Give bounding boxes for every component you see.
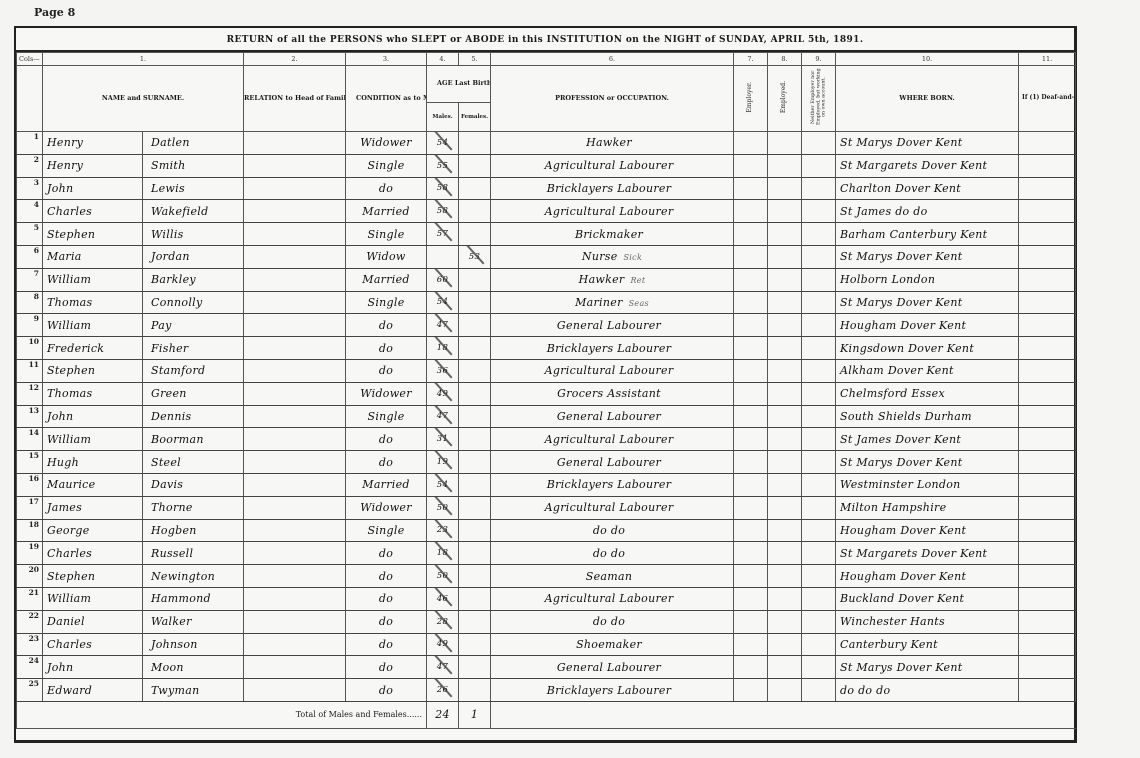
employed-cell [768, 291, 802, 314]
relation [244, 473, 346, 496]
where-born: Buckland Dover Kent [836, 587, 1019, 610]
where-born: Milton Hampshire [836, 496, 1019, 519]
row-number: 11 [17, 359, 43, 382]
condition: Married [346, 473, 427, 496]
header-where-born: WHERE BORN. [836, 66, 1019, 132]
infirmity-cell [1019, 132, 1076, 155]
male-age: 50 [427, 496, 459, 519]
table-row: 11StephenStamforddo36Agricultural Labour… [17, 359, 1076, 382]
male-age: 54 [427, 291, 459, 314]
totals-blank [491, 701, 1076, 728]
relation [244, 177, 346, 200]
occupation: Hawker [491, 132, 734, 155]
male-age: 31 [427, 428, 459, 451]
male-age: 28 [427, 610, 459, 633]
surname: Wakefield [143, 200, 244, 223]
occupation-note [673, 595, 679, 604]
occupation-note: Seas [623, 299, 649, 308]
surname: Connolly [143, 291, 244, 314]
occupation-note [673, 208, 679, 217]
relation [244, 337, 346, 360]
neither-cell [802, 405, 836, 428]
table-row: 3JohnLewisdo58Bricklayers LabourerCharlt… [17, 177, 1076, 200]
total-females: 1 [459, 701, 491, 728]
first-name: Maurice [43, 473, 143, 496]
where-born: Canterbury Kent [836, 633, 1019, 656]
female-age [459, 405, 491, 428]
col-num-11: 11. [1019, 53, 1076, 66]
header-females: Females. [459, 103, 491, 132]
row-number: 15 [17, 451, 43, 474]
where-born: Kingsdown Dover Kent [836, 337, 1019, 360]
table-row: 24JohnMoondo47General LabourerSt Marys D… [17, 656, 1076, 679]
male-age: 47 [427, 405, 459, 428]
male-age: 55 [427, 154, 459, 177]
female-age [459, 428, 491, 451]
where-born: St James Dover Kent [836, 428, 1019, 451]
surname: Stamford [143, 359, 244, 382]
infirmity-cell [1019, 496, 1076, 519]
surname: Barkley [143, 268, 244, 291]
table-row: 17JamesThorneWidower50Agricultural Labou… [17, 496, 1076, 519]
table-row: 18GeorgeHogbenSingle23do doHougham Dover… [17, 519, 1076, 542]
neither-cell [802, 291, 836, 314]
occupation: Agricultural Labourer [491, 200, 734, 223]
row-number: 14 [17, 428, 43, 451]
occupation-text: Bricklayers Labourer [547, 478, 672, 491]
surname: Jordan [143, 245, 244, 268]
cols-label: Cols— [17, 53, 43, 66]
occupation: HawkerRet [491, 268, 734, 291]
surname: Russell [143, 542, 244, 565]
relation [244, 382, 346, 405]
infirmity-cell [1019, 633, 1076, 656]
occupation-text: Bricklayers Labourer [547, 342, 672, 355]
occupation: Bricklayers Labourer [491, 473, 734, 496]
employer-cell [734, 223, 768, 246]
condition: Widow [346, 245, 427, 268]
infirmity-cell [1019, 542, 1076, 565]
condition: do [346, 542, 427, 565]
occupation-note [625, 618, 631, 627]
totals-label: Total of Males and Females...... [17, 701, 427, 728]
occupation: General Labourer [491, 656, 734, 679]
where-born: Winchester Hants [836, 610, 1019, 633]
census-table: Cols— 1. 2. 3. 4. 5. 6. 7. 8. 9. 10. 11.… [16, 52, 1076, 729]
neither-cell [802, 314, 836, 337]
occupation-text: Grocers Assistant [557, 387, 661, 400]
condition: Widower [346, 496, 427, 519]
occupation-note [643, 231, 649, 240]
row-number: 7 [17, 268, 43, 291]
first-name: William [43, 587, 143, 610]
occupation-note [671, 345, 677, 354]
surname: Fisher [143, 337, 244, 360]
header-infirmity: If (1) Deaf-and-Dumb. (2) Blind. (3) Lun… [1019, 66, 1076, 132]
where-born: St Margarets Dover Kent [836, 154, 1019, 177]
row-number: 6 [17, 245, 43, 268]
employer-cell [734, 200, 768, 223]
neither-cell [802, 428, 836, 451]
occupation: Agricultural Labourer [491, 154, 734, 177]
sheet-title: RETURN of all the PERSONS who SLEPT or A… [16, 28, 1074, 52]
female-age [459, 291, 491, 314]
col-num-2: 2. [244, 53, 346, 66]
neither-cell [802, 542, 836, 565]
infirmity-cell [1019, 473, 1076, 496]
employer-cell [734, 542, 768, 565]
surname: Hammond [143, 587, 244, 610]
occupation: Shoemaker [491, 633, 734, 656]
occupation-text: Bricklayers Labourer [547, 684, 672, 697]
header-males: Males. [427, 103, 459, 132]
condition: Married [346, 268, 427, 291]
infirmity-cell [1019, 519, 1076, 542]
surname: Green [143, 382, 244, 405]
male-age: 49 [427, 382, 459, 405]
occupation: Agricultural Labourer [491, 359, 734, 382]
neither-cell [802, 268, 836, 291]
female-age [459, 337, 491, 360]
condition: Single [346, 223, 427, 246]
row-number: 9 [17, 314, 43, 337]
first-name: Hugh [43, 451, 143, 474]
infirmity-cell [1019, 291, 1076, 314]
header-employer-text: Employer. [747, 82, 754, 113]
employer-cell [734, 633, 768, 656]
occupation-text: Mariner [575, 296, 623, 309]
condition: do [346, 177, 427, 200]
occupation-note [673, 162, 679, 171]
table-row: 6MariaJordanWidow53NurseSickSt Marys Dov… [17, 245, 1076, 268]
occupation-note [661, 322, 667, 331]
female-age [459, 610, 491, 633]
row-number: 16 [17, 473, 43, 496]
surname: Lewis [143, 177, 244, 200]
relation [244, 405, 346, 428]
occupation: General Labourer [491, 405, 734, 428]
table-row: 10FrederickFisherdo18Bricklayers Laboure… [17, 337, 1076, 360]
neither-cell [802, 359, 836, 382]
condition: Single [346, 519, 427, 542]
neither-cell [802, 382, 836, 405]
surname: Willis [143, 223, 244, 246]
occupation-note [661, 459, 667, 468]
infirmity-cell [1019, 314, 1076, 337]
occupation: Agricultural Labourer [491, 428, 734, 451]
where-born: Westminster London [836, 473, 1019, 496]
condition: Widower [346, 132, 427, 155]
occupation-text: Bricklayers Labourer [547, 182, 672, 195]
surname: Twyman [143, 679, 244, 702]
occupation-note [671, 481, 677, 490]
first-name: John [43, 405, 143, 428]
first-name: Charles [43, 200, 143, 223]
female-age [459, 565, 491, 588]
condition: do [346, 359, 427, 382]
employed-cell [768, 519, 802, 542]
row-number: 22 [17, 610, 43, 633]
condition: do [346, 565, 427, 588]
employer-cell [734, 177, 768, 200]
table-row: 15HughSteeldo19General LabourerSt Marys … [17, 451, 1076, 474]
first-name: John [43, 656, 143, 679]
where-born: Barham Canterbury Kent [836, 223, 1019, 246]
header-name: NAME and SURNAME. [43, 66, 244, 132]
male-age: 57 [427, 223, 459, 246]
total-males: 24 [427, 701, 459, 728]
first-name: John [43, 177, 143, 200]
table-row: 2HenrySmithSingle55Agricultural Labourer… [17, 154, 1076, 177]
employed-cell [768, 633, 802, 656]
male-age: 54 [427, 473, 459, 496]
infirmity-cell [1019, 382, 1076, 405]
employed-cell [768, 314, 802, 337]
occupation-note [673, 367, 679, 376]
condition: Married [346, 200, 427, 223]
occupation: Agricultural Labourer [491, 496, 734, 519]
relation [244, 200, 346, 223]
first-name: Stephen [43, 223, 143, 246]
neither-cell [802, 633, 836, 656]
neither-cell [802, 451, 836, 474]
row-number: 8 [17, 291, 43, 314]
employed-cell [768, 587, 802, 610]
employer-cell [734, 314, 768, 337]
neither-cell [802, 200, 836, 223]
neither-cell [802, 679, 836, 702]
employer-cell [734, 428, 768, 451]
where-born: Holborn London [836, 268, 1019, 291]
male-age: 47 [427, 656, 459, 679]
table-row: 22DanielWalkerdo28do doWinchester Hants [17, 610, 1076, 633]
occupation-text: Agricultural Labourer [545, 592, 674, 605]
occupation: General Labourer [491, 451, 734, 474]
occupation-text: Seaman [586, 570, 632, 583]
employer-cell [734, 132, 768, 155]
first-name: Henry [43, 132, 143, 155]
row-number: 1 [17, 132, 43, 155]
relation [244, 496, 346, 519]
first-name: Maria [43, 245, 143, 268]
row-number: 21 [17, 587, 43, 610]
condition: do [346, 428, 427, 451]
col-num-8: 8. [768, 53, 802, 66]
condition: Widower [346, 382, 427, 405]
neither-cell [802, 223, 836, 246]
neither-cell [802, 473, 836, 496]
infirmity-cell [1019, 565, 1076, 588]
employed-cell [768, 245, 802, 268]
occupation-note [661, 390, 667, 399]
employed-cell [768, 268, 802, 291]
first-name: Thomas [43, 291, 143, 314]
first-name: George [43, 519, 143, 542]
where-born: St Marys Dover Kent [836, 451, 1019, 474]
relation [244, 223, 346, 246]
employer-cell [734, 291, 768, 314]
employed-cell [768, 473, 802, 496]
header-row: NAME and SURNAME. RELATION to Head of Fa… [17, 66, 1076, 103]
surname: Newington [143, 565, 244, 588]
relation [244, 428, 346, 451]
employer-cell [734, 451, 768, 474]
infirmity-cell [1019, 268, 1076, 291]
employer-cell [734, 337, 768, 360]
occupation-note [673, 504, 679, 513]
occupation-note [632, 573, 638, 582]
male-age: 58 [427, 177, 459, 200]
occupation-text: Hawker [579, 273, 625, 286]
employed-cell [768, 359, 802, 382]
infirmity-cell [1019, 656, 1076, 679]
employed-cell [768, 405, 802, 428]
surname: Moon [143, 656, 244, 679]
table-row: 4CharlesWakefieldMarried58Agricultural L… [17, 200, 1076, 223]
column-number-row: Cols— 1. 2. 3. 4. 5. 6. 7. 8. 9. 10. 11. [17, 53, 1076, 66]
employer-cell [734, 268, 768, 291]
where-born: South Shields Durham [836, 405, 1019, 428]
infirmity-cell [1019, 610, 1076, 633]
condition: do [346, 314, 427, 337]
infirmity-cell [1019, 405, 1076, 428]
occupation-text: do do [593, 615, 625, 628]
table-row: 25EdwardTwymando26Bricklayers Labourerdo… [17, 679, 1076, 702]
condition: do [346, 656, 427, 679]
male-age: 54 [427, 132, 459, 155]
where-born: St Marys Dover Kent [836, 656, 1019, 679]
relation [244, 679, 346, 702]
employed-cell [768, 428, 802, 451]
row-number: 12 [17, 382, 43, 405]
female-age [459, 268, 491, 291]
occupation: Agricultural Labourer [491, 587, 734, 610]
relation [244, 132, 346, 155]
female-age [459, 679, 491, 702]
relation [244, 633, 346, 656]
female-age [459, 542, 491, 565]
male-age: 60 [427, 268, 459, 291]
occupation-note [661, 413, 667, 422]
occupation-note [673, 436, 679, 445]
employer-cell [734, 656, 768, 679]
employed-cell [768, 200, 802, 223]
relation [244, 610, 346, 633]
table-row: 7WilliamBarkleyMarried60HawkerRetHolborn… [17, 268, 1076, 291]
female-age [459, 496, 491, 519]
first-name: Charles [43, 542, 143, 565]
occupation-text: Shoemaker [576, 638, 642, 651]
employed-cell [768, 565, 802, 588]
occupation-text: General Labourer [557, 456, 661, 469]
employed-cell [768, 154, 802, 177]
female-age [459, 132, 491, 155]
surname: Datlen [143, 132, 244, 155]
row-number: 24 [17, 656, 43, 679]
occupation-note [671, 687, 677, 696]
employer-cell [734, 473, 768, 496]
female-age [459, 177, 491, 200]
condition: do [346, 633, 427, 656]
employed-cell [768, 177, 802, 200]
employer-cell [734, 405, 768, 428]
infirmity-cell [1019, 679, 1076, 702]
surname: Pay [143, 314, 244, 337]
male-age: 46 [427, 587, 459, 610]
first-name: Edward [43, 679, 143, 702]
occupation-text: Hawker [586, 136, 632, 149]
census-sheet: RETURN of all the PERSONS who SLEPT or A… [14, 26, 1077, 743]
female-age [459, 519, 491, 542]
occupation-note [632, 139, 638, 148]
first-name: William [43, 268, 143, 291]
col-num-4: 4. [427, 53, 459, 66]
table-row: 9WilliamPaydo47General LabourerHougham D… [17, 314, 1076, 337]
employer-cell [734, 565, 768, 588]
totals-row: Total of Males and Females...... 24 1 [17, 701, 1076, 728]
female-age [459, 314, 491, 337]
female-age [459, 359, 491, 382]
table-row: 8ThomasConnollySingle54MarinerSeasSt Mar… [17, 291, 1076, 314]
female-age: 53 [459, 245, 491, 268]
occupation-text: Agricultural Labourer [545, 501, 674, 514]
relation [244, 154, 346, 177]
female-age [459, 656, 491, 679]
table-row: 14WilliamBoormando31Agricultural Laboure… [17, 428, 1076, 451]
first-name: Daniel [43, 610, 143, 633]
employed-cell [768, 679, 802, 702]
occupation: MarinerSeas [491, 291, 734, 314]
surname: Steel [143, 451, 244, 474]
neither-cell [802, 154, 836, 177]
occupation-text: General Labourer [557, 661, 661, 674]
col-num-9: 9. [802, 53, 836, 66]
col-num-10: 10. [836, 53, 1019, 66]
occupation-note [671, 185, 677, 194]
condition: Single [346, 291, 427, 314]
first-name: William [43, 314, 143, 337]
occupation: Brickmaker [491, 223, 734, 246]
first-name: William [43, 428, 143, 451]
table-row: 13JohnDennisSingle47General LabourerSout… [17, 405, 1076, 428]
neither-cell [802, 519, 836, 542]
female-age [459, 451, 491, 474]
row-number: 4 [17, 200, 43, 223]
male-age [427, 245, 459, 268]
row-number: 5 [17, 223, 43, 246]
header-occupation: PROFESSION or OCCUPATION. [491, 66, 734, 132]
col-num-6: 6. [491, 53, 734, 66]
relation [244, 451, 346, 474]
row-number: 20 [17, 565, 43, 588]
male-age: 50 [427, 565, 459, 588]
occupation-note: Ret [624, 276, 645, 285]
male-age: 58 [427, 200, 459, 223]
col-num-3: 3. [346, 53, 427, 66]
table-row: 12ThomasGreenWidower49Grocers AssistantC… [17, 382, 1076, 405]
row-number: 17 [17, 496, 43, 519]
where-born: Hougham Dover Kent [836, 519, 1019, 542]
col-num-5: 5. [459, 53, 491, 66]
infirmity-cell [1019, 359, 1076, 382]
occupation: Grocers Assistant [491, 382, 734, 405]
condition: do [346, 587, 427, 610]
occupation-text: Nurse [582, 250, 618, 263]
neither-cell [802, 245, 836, 268]
occupation-text: Agricultural Labourer [545, 205, 674, 218]
employed-cell [768, 542, 802, 565]
male-age: 49 [427, 633, 459, 656]
